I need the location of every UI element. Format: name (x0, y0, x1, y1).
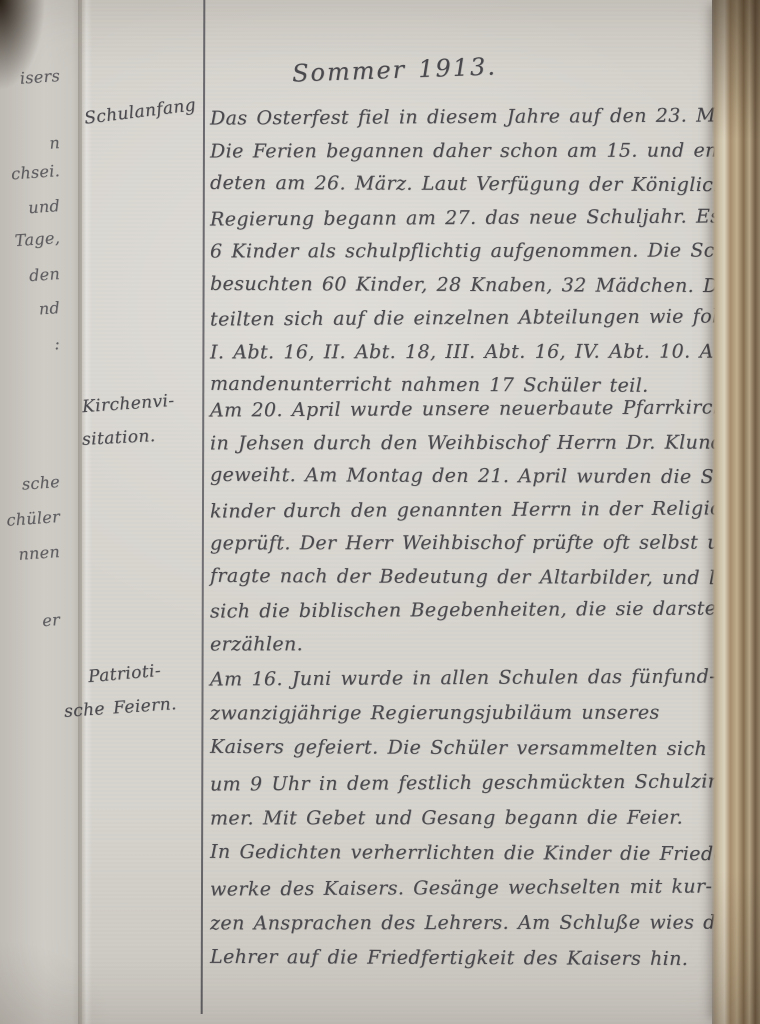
handwritten-line: erzählen. (210, 627, 720, 661)
binding-shadow (0, 0, 70, 200)
handwritten-line: besuchten 60 Kinder, 28 Knaben, 32 Mädch… (210, 267, 720, 303)
previous-page-text-fragment: Tage, (0, 228, 64, 251)
paragraph-patriotische-feiern: Am 16. Juni wurde in allen Schulen das f… (210, 661, 720, 976)
handwritten-line: zwanzigjährige Regierungsjubiläum unsere… (210, 696, 720, 732)
handwritten-line: Lehrer auf die Friedfertigkeit des Kaise… (210, 940, 720, 977)
handwritten-line: fragte nach der Bedeutung der Altarbilde… (210, 559, 720, 595)
page-crease (78, 0, 92, 1024)
handwritten-line: teilten sich auf die einzelnen Abteilung… (210, 300, 720, 337)
previous-page-text-fragment: chüler (0, 507, 64, 530)
handwritten-line: mer. Mit Gebet und Gesang begann die Fei… (210, 801, 720, 837)
margin-note-kirchenvisitation-line2: sitation. (82, 426, 157, 450)
handwritten-line: Die Ferien begannen daher schon am 15. u… (210, 134, 720, 168)
handwritten-line: Das Osterfest fiel in diesem Jahre auf d… (210, 99, 720, 136)
handwritten-line: werke des Kaisers. Gesänge wechselten mi… (210, 869, 720, 907)
handwritten-line: in Jehsen durch den Weihbischof Herrn Dr… (210, 426, 720, 460)
handwritten-line: 6 Kinder als schulpflichtig aufgenommen.… (210, 235, 720, 269)
handwritten-line: zen Ansprachen des Lehrers. Am Schluße w… (210, 906, 720, 942)
handwritten-line: deten am 26. März. Laut Verfügung der Kö… (210, 167, 720, 203)
chronicle-photo: isers n chsei. und Tage, den nd : sche c… (0, 0, 760, 1024)
handwritten-line: kinder durch den genannten Herrn in der … (210, 492, 720, 529)
previous-page-text-fragment: nnen (0, 542, 64, 565)
handwritten-line: geprüft. Der Herr Weihbischof prüfte oft… (210, 527, 720, 561)
margin-note-schulanfang: Schulanfang (83, 95, 197, 129)
page-title: Sommer 1913. (292, 52, 498, 87)
previous-page-text-fragment: er (0, 610, 64, 633)
handwritten-line: geweiht. Am Montag den 21. April wurden … (210, 459, 720, 495)
handwritten-line: sich die biblischen Begebenheiten, die s… (210, 592, 720, 629)
handwritten-line: In Gedichten verherrlichten die Kinder d… (210, 835, 720, 872)
previous-page-text-fragment: sche (0, 472, 64, 495)
handwritten-line: Am 20. April wurde unsere neuerbaute Pfa… (210, 391, 720, 428)
handwritten-line: Kaisers gefeiert. Die Schüler versammelt… (210, 730, 720, 767)
paragraph-schulanfang: Das Osterfest fiel in diesem Jahre auf d… (210, 101, 720, 403)
previous-page-text-fragment: : (0, 334, 64, 357)
handwritten-line: um 9 Uhr in dem festlich geschmückten Sc… (210, 764, 720, 802)
handwritten-line: Am 16. Juni wurde in allen Schulen das f… (210, 659, 720, 697)
margin-rule-line (201, 0, 206, 1014)
margin-note-kirchenvisitation-line1: Kirchenvi- (81, 391, 175, 417)
handwritten-line: Regierung begann am 27. das neue Schulja… (210, 200, 720, 237)
previous-page-text-fragment: den (0, 264, 64, 287)
previous-page-text-fragment: nd (0, 298, 64, 321)
margin-note-patriotische-feiern-line1: Patrioti- (87, 661, 162, 687)
paragraph-kirchenvisitation: Am 20. April wurde unsere neuerbaute Pfa… (210, 393, 720, 661)
handwritten-line: I. Abt. 16, II. Abt. 18, III. Abt. 16, I… (210, 335, 720, 369)
book-page-edges (712, 0, 760, 1024)
